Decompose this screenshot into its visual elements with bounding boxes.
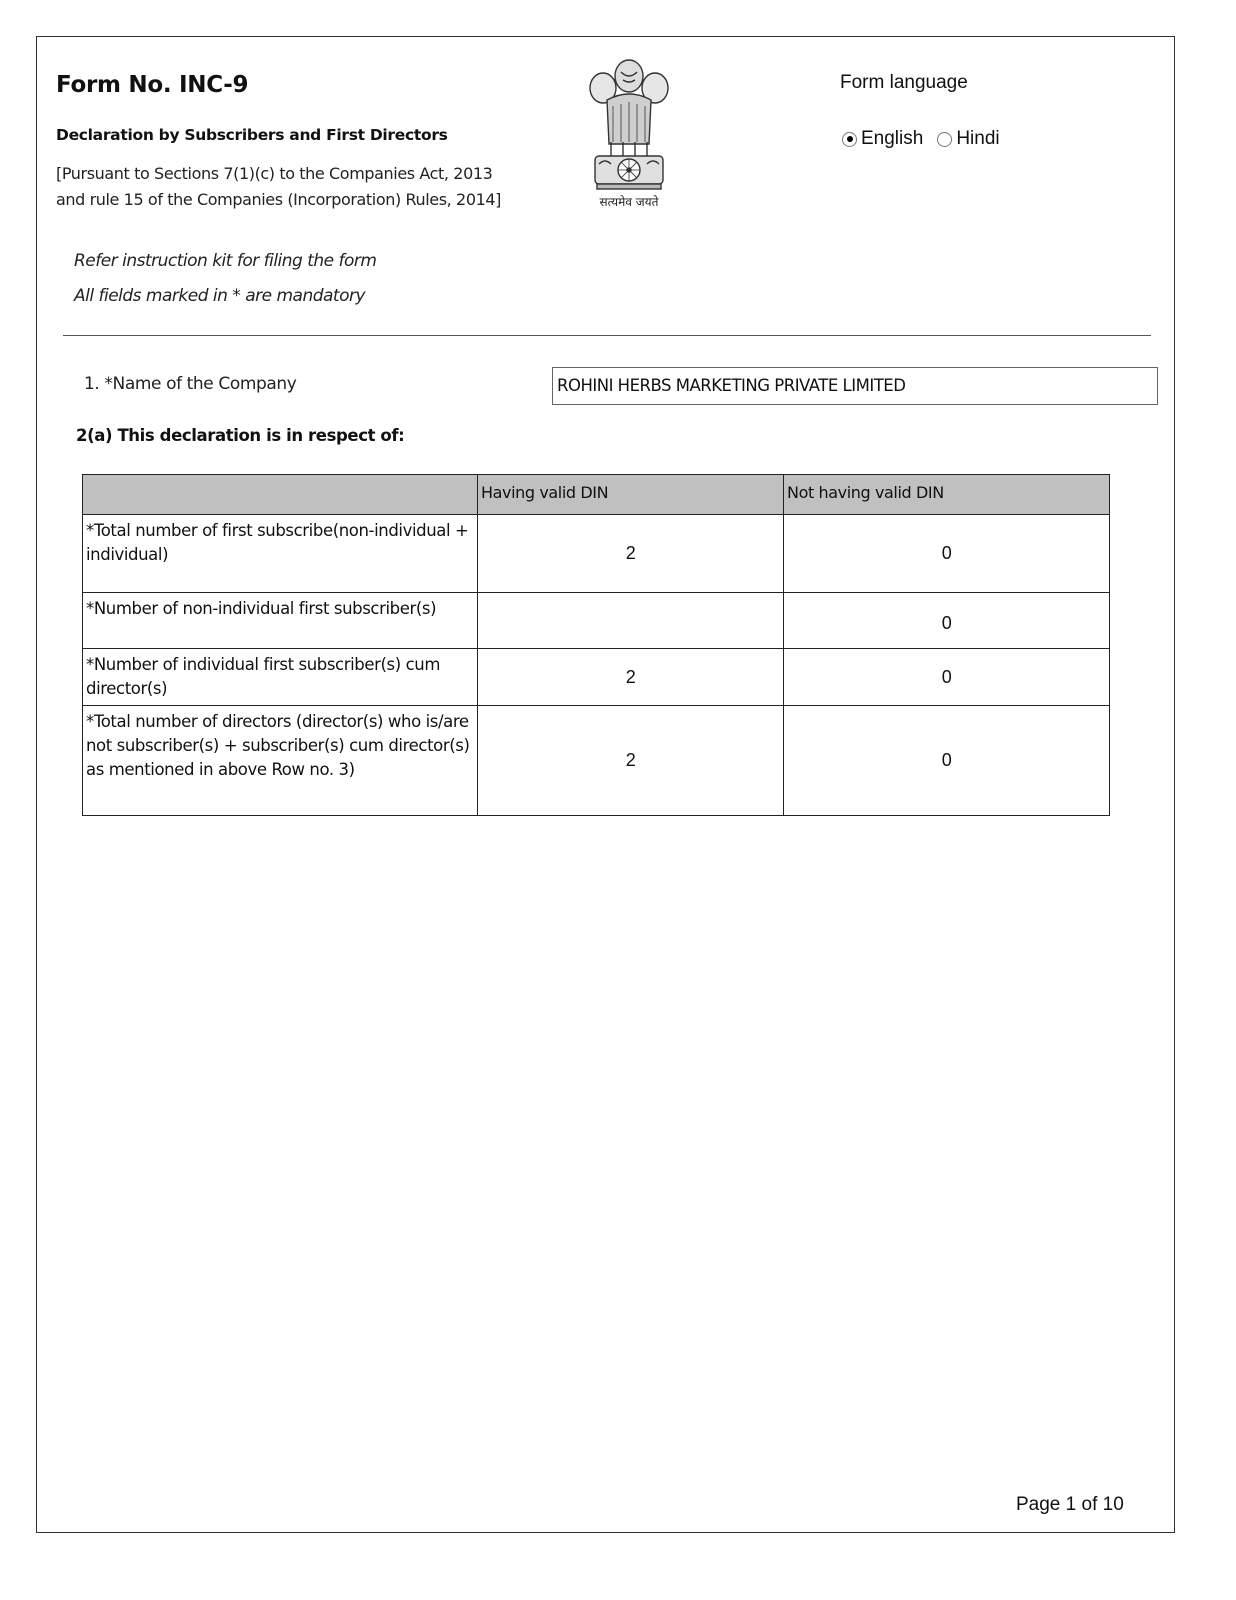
radio-english[interactable] bbox=[842, 132, 857, 147]
non-individual-subscribers-without-din[interactable]: 0 bbox=[784, 593, 1110, 649]
page-number: Page 1 of 10 bbox=[1016, 1494, 1124, 1516]
pursuant-line-1: [Pursuant to Sections 7(1)(c) to the Com… bbox=[56, 161, 501, 187]
emblem-motto: सत्यमेव जयते bbox=[600, 195, 660, 209]
row-label-total-directors: *Total number of directors (director(s) … bbox=[83, 706, 478, 816]
header-not-having-valid-din: Not having valid DIN bbox=[784, 475, 1110, 515]
mandatory-fields-note: All fields marked in * are mandatory bbox=[74, 286, 365, 306]
total-directors-without-din[interactable]: 0 bbox=[784, 706, 1110, 816]
total-subscribers-with-din[interactable]: 2 bbox=[478, 515, 784, 593]
total-subscribers-without-din[interactable]: 0 bbox=[784, 515, 1110, 593]
form-subtitle: Declaration by Subscribers and First Dir… bbox=[56, 126, 448, 144]
radio-hindi-label[interactable]: Hindi bbox=[956, 128, 999, 150]
table-header-row: Having valid DIN Not having valid DIN bbox=[83, 475, 1110, 515]
non-individual-subscribers-with-din[interactable] bbox=[478, 593, 784, 649]
pursuant-text: [Pursuant to Sections 7(1)(c) to the Com… bbox=[56, 161, 501, 213]
row-label-non-individual-subscribers: *Number of non-individual first subscrib… bbox=[83, 593, 478, 649]
form-language-label: Form language bbox=[840, 72, 968, 94]
individual-subscriber-directors-without-din[interactable]: 0 bbox=[784, 649, 1110, 706]
form-number-title: Form No. INC-9 bbox=[56, 72, 248, 98]
total-directors-with-din[interactable]: 2 bbox=[478, 706, 784, 816]
national-emblem-icon: सत्यमेव जयते bbox=[583, 54, 675, 214]
row-label-individual-subscriber-directors: *Number of individual first subscriber(s… bbox=[83, 649, 478, 706]
instruction-kit-note: Refer instruction kit for filing the for… bbox=[74, 251, 376, 271]
table-row: *Total number of directors (director(s) … bbox=[83, 706, 1110, 816]
radio-english-label[interactable]: English bbox=[861, 128, 923, 150]
company-name-label: 1. *Name of the Company bbox=[84, 374, 296, 394]
header-having-valid-din: Having valid DIN bbox=[478, 475, 784, 515]
declaration-section-label: 2(a) This declaration is in respect of: bbox=[76, 426, 404, 445]
table-row: *Number of non-individual first subscrib… bbox=[83, 593, 1110, 649]
company-name-field[interactable]: ROHINI HERBS MARKETING PRIVATE LIMITED bbox=[552, 367, 1158, 405]
form-language-radio-group: English Hindi bbox=[842, 128, 1014, 150]
table-row: *Number of individual first subscriber(s… bbox=[83, 649, 1110, 706]
individual-subscriber-directors-with-din[interactable]: 2 bbox=[478, 649, 784, 706]
section-divider bbox=[63, 335, 1151, 336]
radio-hindi[interactable] bbox=[937, 132, 952, 147]
pursuant-line-2: and rule 15 of the Companies (Incorporat… bbox=[56, 187, 501, 213]
declaration-table: Having valid DIN Not having valid DIN *T… bbox=[82, 474, 1110, 816]
row-label-total-subscribers: *Total number of first subscribe(non-ind… bbox=[83, 515, 478, 593]
header-blank bbox=[83, 475, 478, 515]
table-row: *Total number of first subscribe(non-ind… bbox=[83, 515, 1110, 593]
